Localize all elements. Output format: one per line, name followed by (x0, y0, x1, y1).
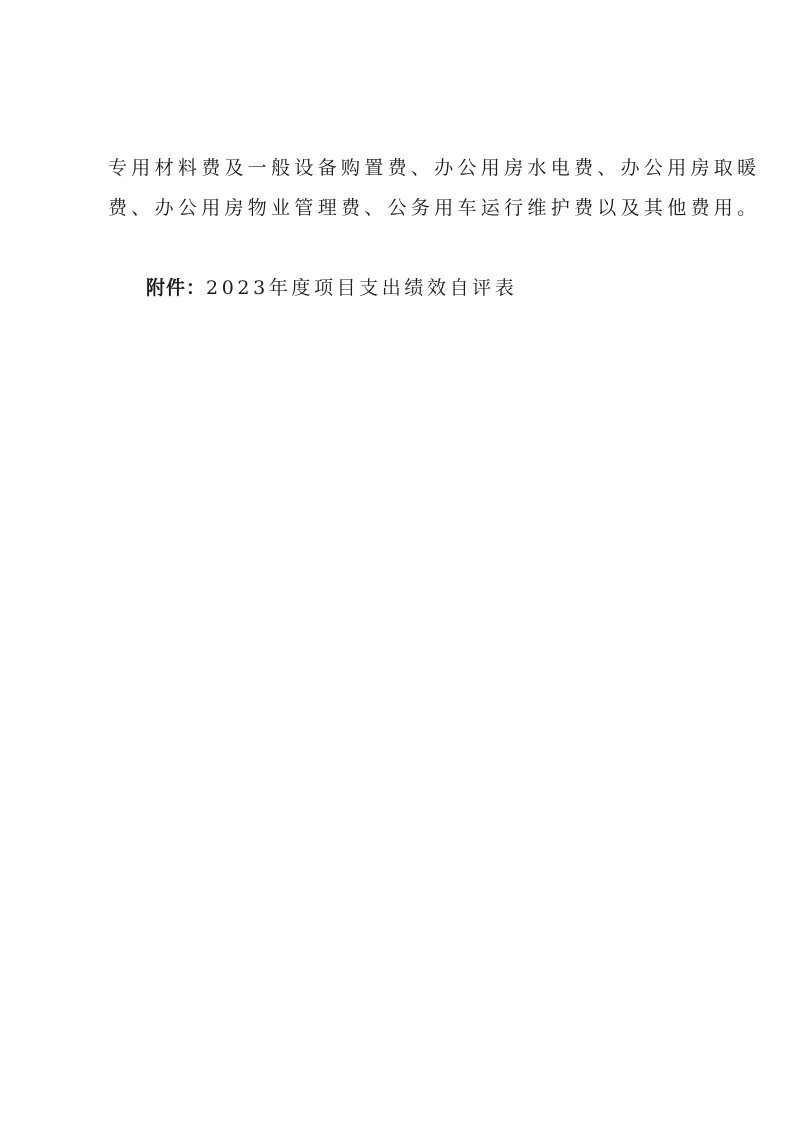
document-page: 专用材料费及一般设备购置费、办公用房水电费、办公用房取暖 费、办公用房物业管理费… (0, 0, 793, 1122)
attachment-label: 附件： (146, 277, 206, 299)
attachment-title: 2023年度项目支出绩效自评表 (206, 277, 517, 299)
attachment-line: 附件：2023年度项目支出绩效自评表 (146, 276, 517, 300)
body-paragraph-line-2: 费、办公用房物业管理费、公务用车运行维护费以及其他费用。 (108, 196, 708, 220)
body-paragraph-line-1: 专用材料费及一般设备购置费、办公用房水电费、办公用房取暖 (108, 156, 708, 180)
